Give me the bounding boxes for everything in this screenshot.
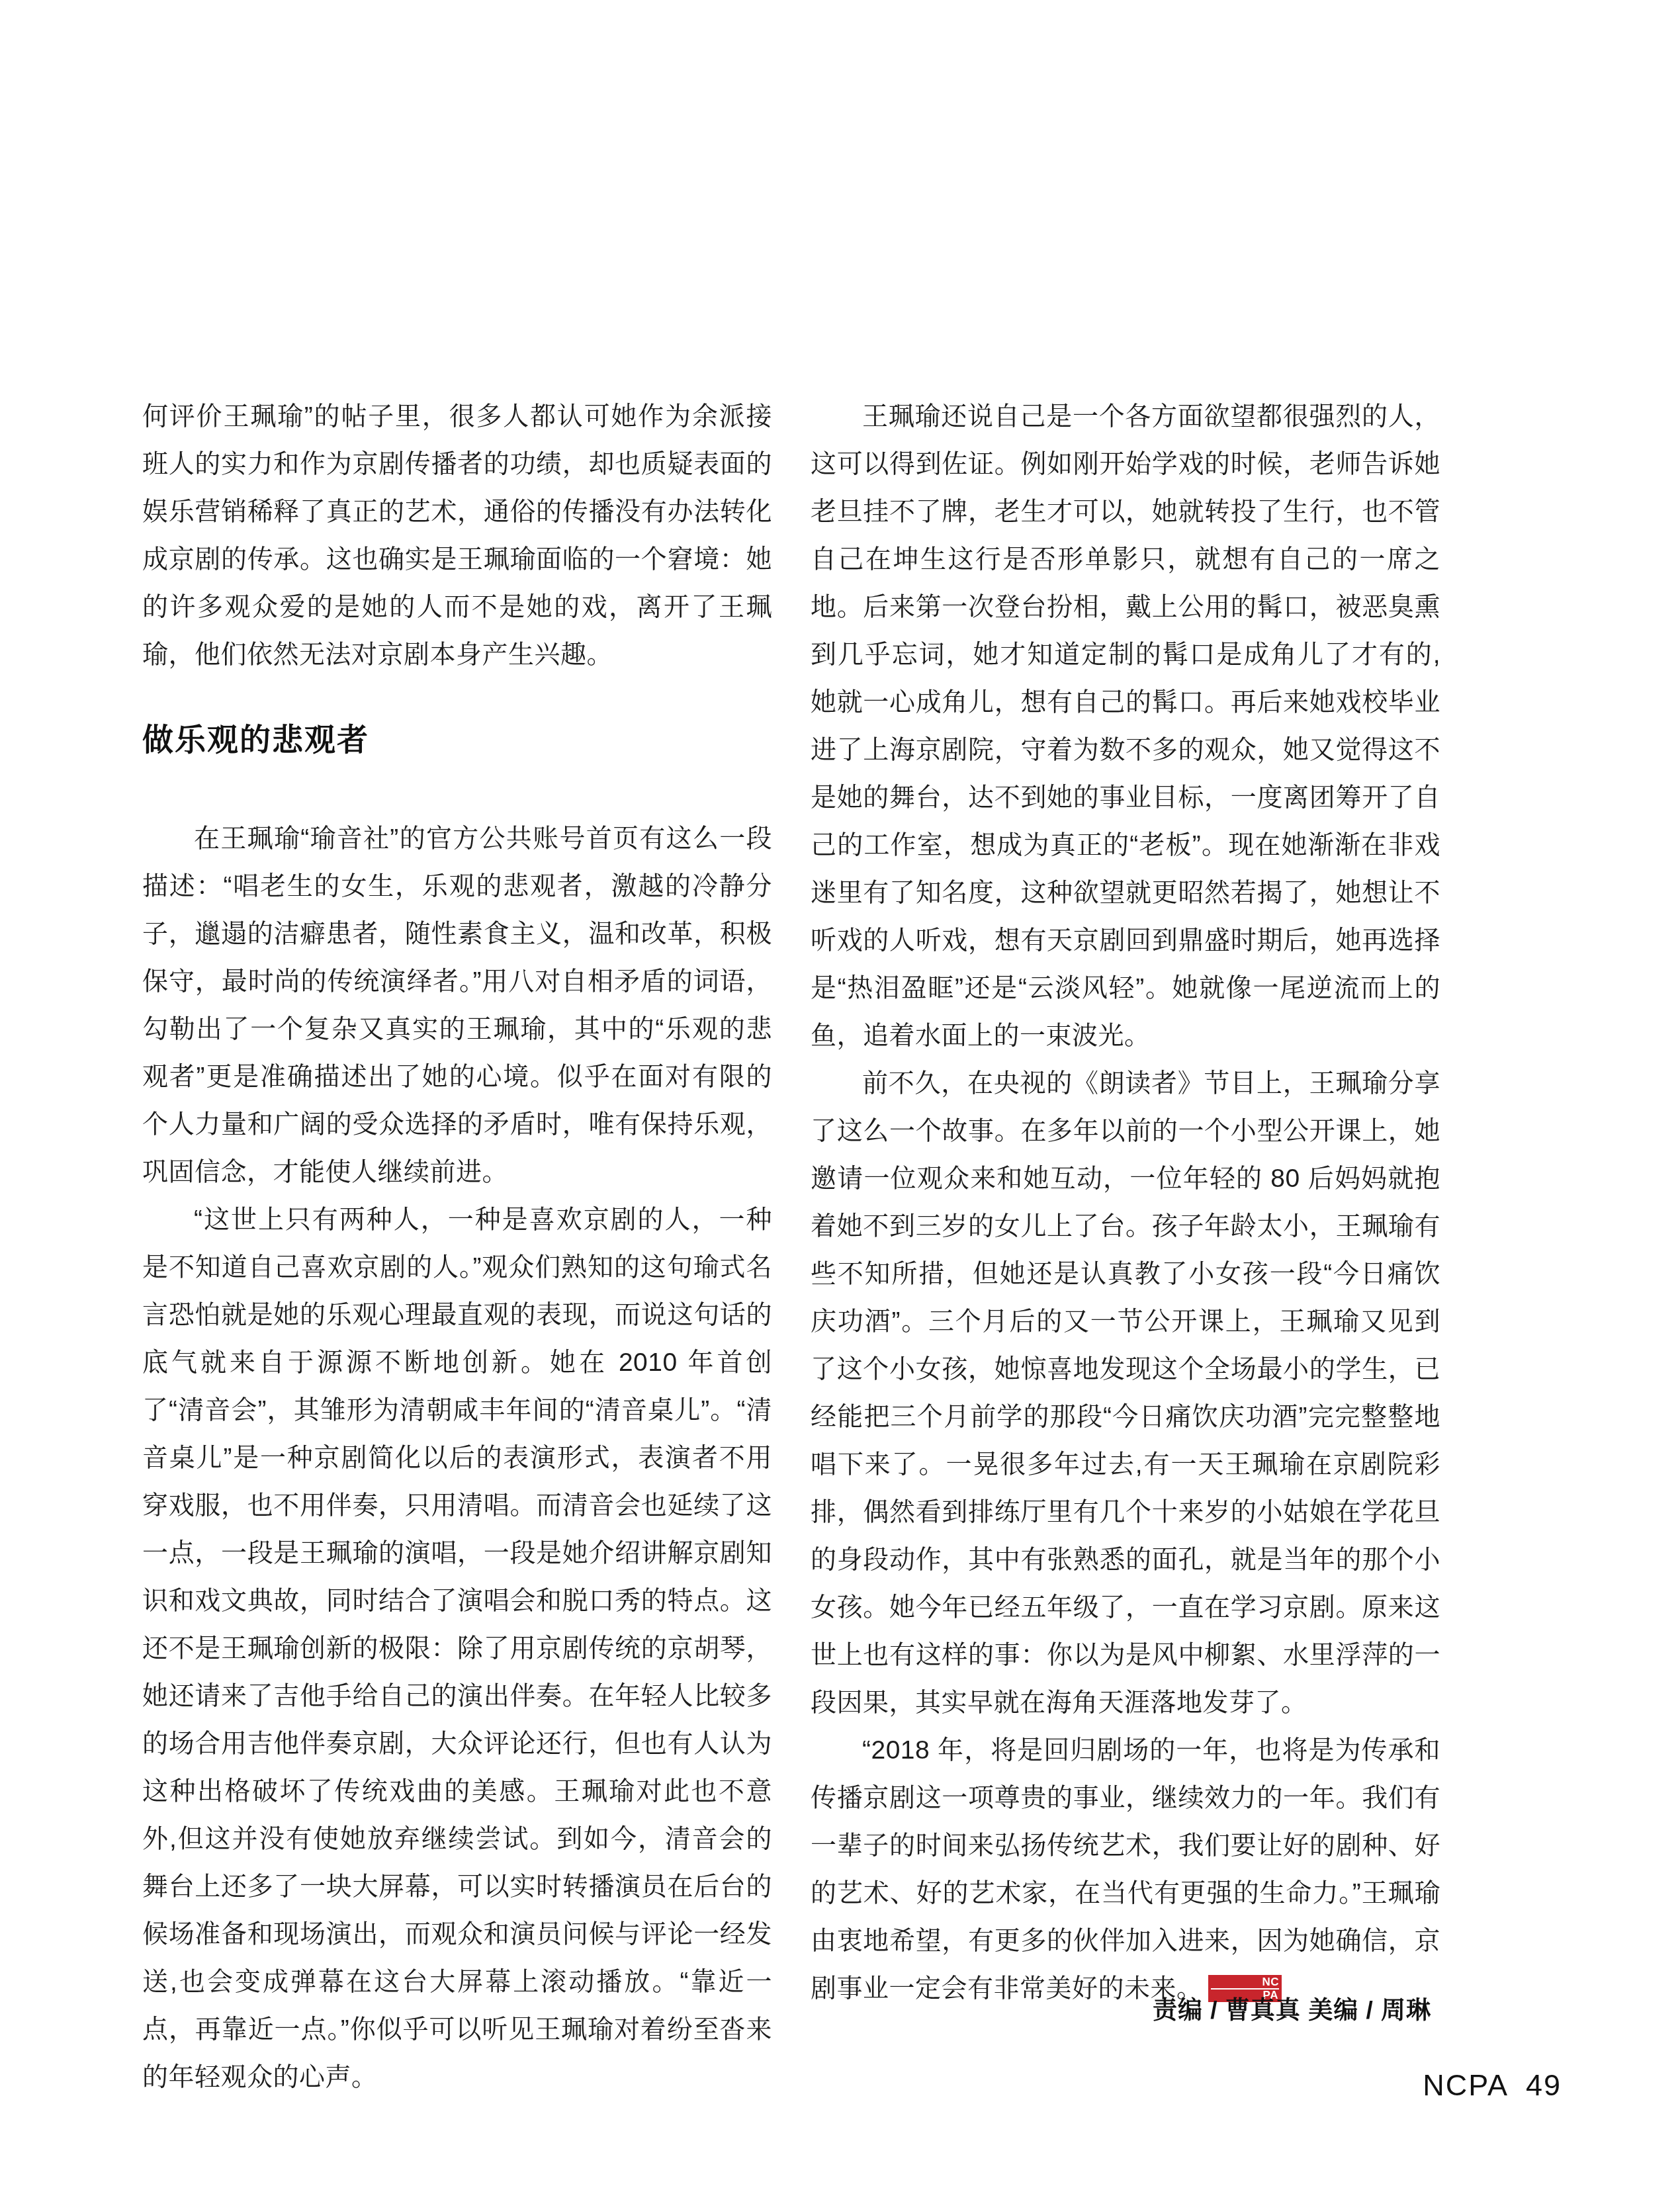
paragraph-text: “2018 年，将是回归剧场的一年，也将是为传承和传播京剧这一项尊贵的事业，继续… — [811, 1736, 1440, 2003]
paragraph: 王珮瑜还说自己是一个各方面欲望都很强烈的人，这可以得到佐证。例如刚开始学戏的时候… — [811, 393, 1440, 1060]
paragraph: 前不久，在央视的《朗读者》节目上，王珮瑜分享了这么一个故事。在多年以前的一个小型… — [811, 1060, 1440, 1727]
continuation-paragraph: 何评价王珮瑜”的帖子里，很多人都认可她作为余派接班人的实力和作为京剧传播者的功绩… — [142, 393, 772, 679]
right-column: 王珮瑜还说自己是一个各方面欲望都很强烈的人，这可以得到佐证。例如刚开始学戏的时候… — [811, 393, 1440, 2101]
magazine-page: 何评价王珮瑜”的帖子里，很多人都认可她作为余派接班人的实力和作为京剧传播者的功绩… — [0, 0, 1680, 2188]
endmark-top-text: NC — [1211, 1977, 1280, 1990]
paragraph: “2018 年，将是回归剧场的一年，也将是为传承和传播京剧这一项尊贵的事业，继续… — [811, 1727, 1440, 2013]
paragraph: 在王珮瑜“瑜音社”的官方公共账号首页有这么一段描述：“唱老生的女生，乐观的悲观者… — [142, 815, 772, 1196]
credits-line: 责编 / 曹真真 美编 / 周琳 — [1153, 1990, 1431, 2026]
section-heading: 做乐观的悲观者 — [142, 722, 772, 757]
paragraph: “这世上只有两种人，一种是喜欢京剧的人，一种是不知道自己喜欢京剧的人。”观众们熟… — [142, 1196, 772, 2101]
page-footer: NCPA49 — [1423, 2068, 1562, 2103]
page-number-value: 49 — [1526, 2068, 1562, 2102]
left-column: 何评价王珮瑜”的帖子里，很多人都认可她作为余派接班人的实力和作为京剧传播者的功绩… — [142, 393, 772, 2101]
article-body: 何评价王珮瑜”的帖子里，很多人都认可她作为余派接班人的实力和作为京剧传播者的功绩… — [142, 393, 1440, 2101]
magazine-label: NCPA — [1423, 2068, 1509, 2102]
